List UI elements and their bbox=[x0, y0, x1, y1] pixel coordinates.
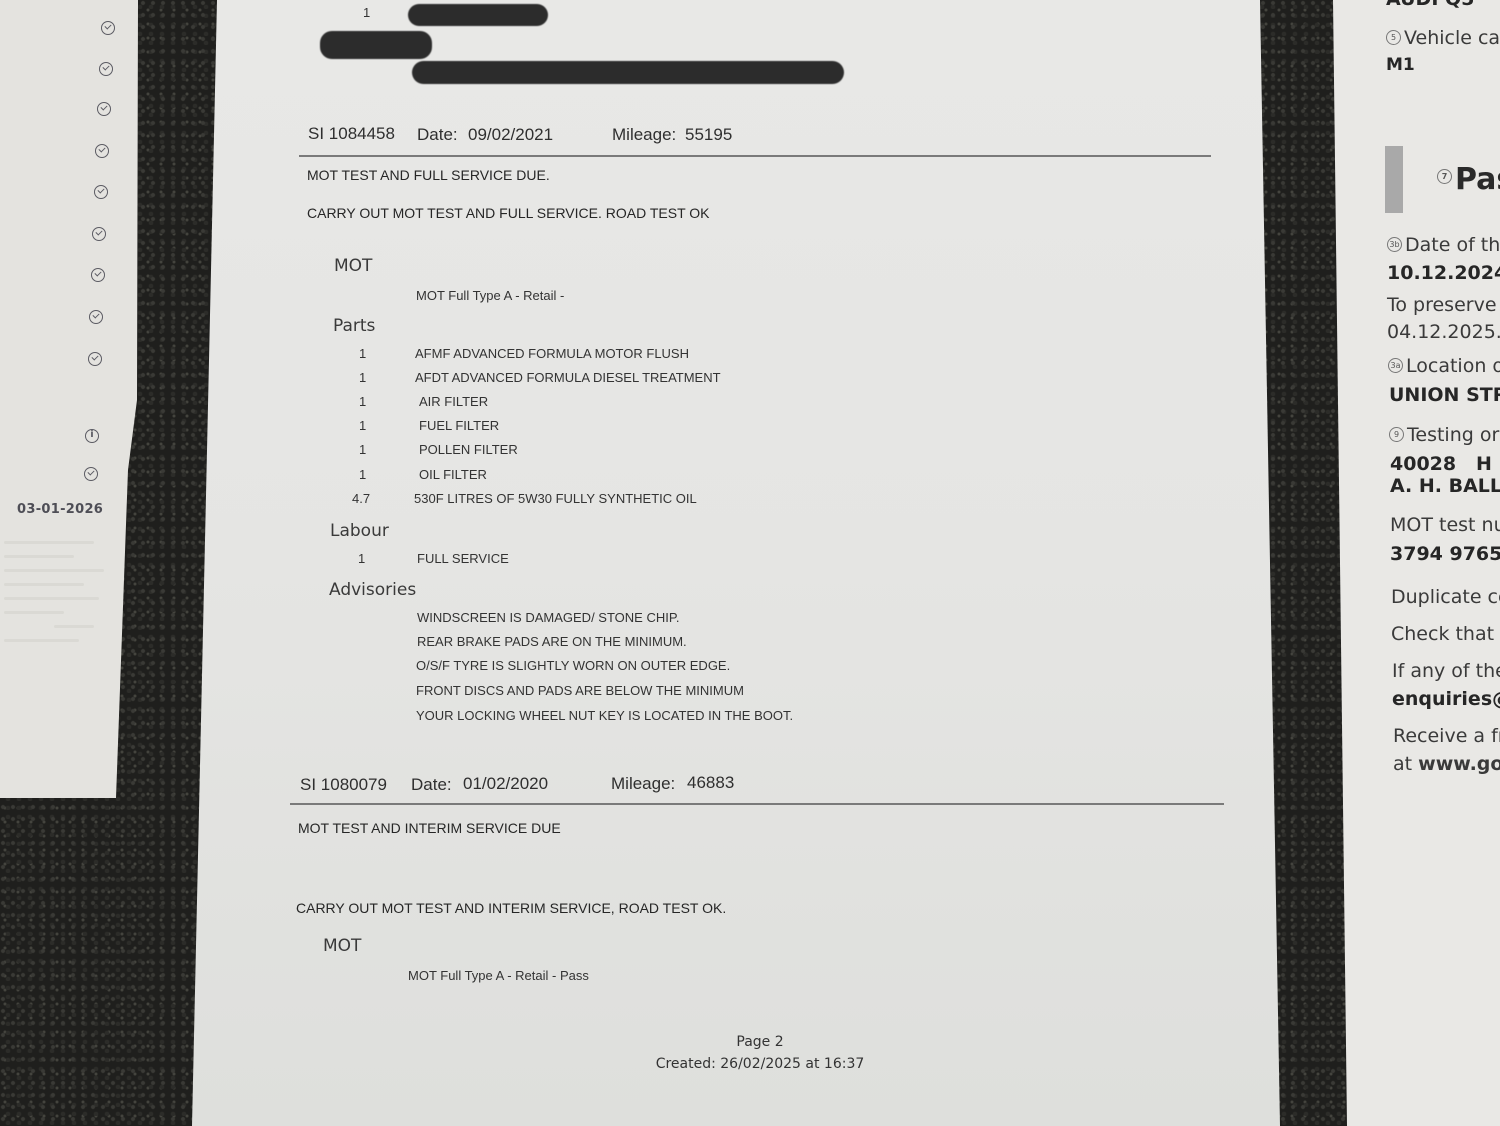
record-date: 09/02/2021 bbox=[468, 125, 553, 145]
part-qty: 1 bbox=[359, 442, 366, 457]
field-number-badge: 7 bbox=[1437, 169, 1452, 184]
test-date: 10.12.2024 bbox=[1387, 262, 1500, 284]
redaction-mark bbox=[408, 4, 548, 26]
redaction-mark bbox=[412, 61, 844, 84]
enquiries-email: enquiries@ bbox=[1392, 688, 1500, 710]
advisory-item: O/S/F TYRE IS SLIGHTLY WORN ON OUTER EDG… bbox=[416, 658, 730, 673]
part-qty: 1 bbox=[359, 346, 366, 361]
part-qty: 4.7 bbox=[352, 491, 370, 506]
parts-heading: Parts bbox=[333, 316, 375, 336]
page-number: Page 2 bbox=[610, 1034, 910, 1050]
receive-line: Receive a fr bbox=[1393, 725, 1500, 747]
si-number: SI 1084458 bbox=[308, 124, 395, 144]
location-label-text: Location o bbox=[1406, 355, 1500, 377]
if-any-line: If any of the bbox=[1392, 660, 1500, 682]
si-number: SI 1080079 bbox=[300, 775, 387, 795]
result-color-bar bbox=[1385, 146, 1403, 213]
advisory-item: REAR BRAKE PADS ARE ON THE MINIMUM. bbox=[417, 634, 687, 649]
part-desc: FUEL FILTER bbox=[419, 418, 499, 433]
testing-org-line1: 40028 H B bbox=[1390, 453, 1500, 475]
mileage-label: Mileage: bbox=[611, 774, 675, 794]
test-result-text: Pas bbox=[1455, 162, 1500, 197]
date-label: Date: bbox=[411, 775, 452, 795]
top-item-qty: 1 bbox=[363, 5, 370, 20]
due-line: MOT TEST AND INTERIM SERVICE DUE bbox=[298, 820, 561, 836]
work-line: CARRY OUT MOT TEST AND INTERIM SERVICE, … bbox=[296, 900, 726, 916]
website-line: at www.gov bbox=[1393, 753, 1500, 775]
test-result: 7Pas bbox=[1437, 162, 1500, 197]
part-desc: AFDT ADVANCED FORMULA DIESEL TREATMENT bbox=[415, 370, 721, 385]
location-label: 3aLocation o bbox=[1388, 355, 1500, 377]
record-mileage: 46883 bbox=[687, 773, 734, 793]
vehicle-category-label-text: Vehicle cat bbox=[1404, 27, 1500, 49]
part-desc: AIR FILTER bbox=[419, 394, 488, 409]
mot-heading: MOT bbox=[334, 256, 372, 276]
advisories-heading: Advisories bbox=[329, 580, 416, 600]
created-timestamp: Created: 26/02/2025 at 16:37 bbox=[610, 1056, 910, 1072]
part-qty: 1 bbox=[359, 370, 366, 385]
vehicle-model: AUDI Q5 bbox=[1386, 0, 1474, 10]
part-qty: 1 bbox=[359, 467, 366, 482]
mot-line: MOT Full Type A - Retail - bbox=[416, 288, 564, 303]
testing-org-line2: A. H. BALLA bbox=[1390, 475, 1500, 497]
testing-org-label: 9Testing org bbox=[1389, 424, 1500, 446]
vehicle-category-label: 5Vehicle cat bbox=[1386, 27, 1500, 49]
header-divider bbox=[299, 155, 1211, 157]
part-qty: 1 bbox=[359, 394, 366, 409]
location-value: UNION STR bbox=[1389, 384, 1500, 406]
service-history-content: 1 SI 1084458 Date: 09/02/2021 Mileage: 5… bbox=[0, 0, 1500, 1126]
vehicle-category: M1 bbox=[1386, 55, 1415, 75]
duplicate-line: Duplicate ce bbox=[1391, 586, 1500, 608]
mileage-label: Mileage: bbox=[612, 125, 676, 145]
website-url: www.gov bbox=[1418, 753, 1500, 775]
part-desc: OIL FILTER bbox=[419, 467, 487, 482]
check-line: Check that t bbox=[1391, 623, 1500, 645]
test-date-label: 3bDate of the bbox=[1387, 234, 1500, 256]
field-number-badge: 9 bbox=[1389, 427, 1404, 442]
field-number-badge: 3a bbox=[1388, 358, 1403, 373]
mot-heading: MOT bbox=[323, 936, 361, 956]
advisory-item: FRONT DISCS AND PADS ARE BELOW THE MINIM… bbox=[416, 683, 744, 698]
labour-heading: Labour bbox=[330, 521, 389, 541]
due-line: MOT TEST AND FULL SERVICE DUE. bbox=[307, 167, 550, 183]
header-divider bbox=[290, 803, 1224, 805]
redaction-mark bbox=[320, 31, 432, 59]
advisory-item: YOUR LOCKING WHEEL NUT KEY IS LOCATED IN… bbox=[416, 708, 793, 723]
mot-line: MOT Full Type A - Retail - Pass bbox=[408, 968, 589, 983]
date-label: Date: bbox=[417, 125, 458, 145]
part-desc: 530F LITRES OF 5W30 FULLY SYNTHETIC OIL bbox=[414, 491, 697, 506]
mot-test-number-label: MOT test nu bbox=[1390, 514, 1500, 536]
preserve-date: 04.12.2025. bbox=[1387, 321, 1500, 343]
field-number-badge: 3b bbox=[1387, 237, 1402, 252]
advisory-item: WINDSCREEN IS DAMAGED/ STONE CHIP. bbox=[417, 610, 679, 625]
part-desc: AFMF ADVANCED FORMULA MOTOR FLUSH bbox=[415, 346, 689, 361]
mot-test-number: 3794 9765 bbox=[1390, 543, 1500, 565]
testing-org-label-text: Testing org bbox=[1407, 424, 1500, 446]
record-date: 01/02/2020 bbox=[463, 774, 548, 794]
work-line: CARRY OUT MOT TEST AND FULL SERVICE. ROA… bbox=[307, 205, 709, 221]
test-date-label-text: Date of the bbox=[1405, 234, 1500, 256]
labour-desc: FULL SERVICE bbox=[417, 551, 509, 566]
part-qty: 1 bbox=[359, 418, 366, 433]
part-desc: POLLEN FILTER bbox=[419, 442, 518, 457]
field-number-badge: 5 bbox=[1386, 30, 1401, 45]
labour-qty: 1 bbox=[358, 551, 365, 566]
record-mileage: 55195 bbox=[685, 125, 732, 145]
website-prefix: at bbox=[1393, 753, 1412, 775]
preserve-line: To preserve t bbox=[1387, 294, 1500, 316]
